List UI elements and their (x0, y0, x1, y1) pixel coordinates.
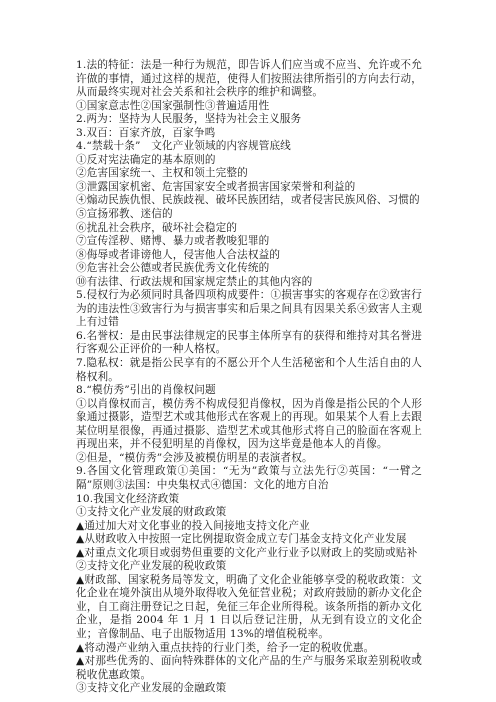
list-item: ⑤宣扬邪教、迷信的 (76, 208, 422, 222)
list-item: ⑥扰乱社会秩序，破坏社会稳定的 (76, 222, 422, 236)
list-item: ⑧侮辱或者诽谤他人，侵害他人合法权益的 (76, 249, 422, 263)
list-item: ⑨危害社会公德或者民族优秀文化传统的 (76, 262, 422, 276)
bullet-item: ▲通过加大对文化事业的投入间接地支持文化产业 (76, 520, 422, 534)
bullet-item: ▲将动漫产业纳入重点扶持的行业门类，给予一定的税收优惠。 (76, 642, 422, 656)
list-item: ⑩有法律、行政法规和国家规定禁止的其他内容的 (76, 276, 422, 290)
list-item: ④煽动民族仇恨、民族歧视、破坏民族团结，或者侵害民族风俗、习惯的 (76, 194, 422, 208)
paragraph-law-features: 1.法的特征：法是一种行为规范，即告诉人们应当或不应当、允许或不允许做的事情，通… (76, 59, 422, 100)
paragraph-tort-elements: 5.侵权行为必须同时具备四项构成要件：①损害事实的客观存在②致害行为的违法性③致… (76, 289, 422, 330)
paragraph-cultural-policies: 9.各国文化管理政策①美国：“无为”政策与立法先行②英国：“一臂之隔”原则③法国… (76, 465, 422, 492)
paragraph-financial-policy-heading: ③支持文化产业发展的金融政策 (76, 682, 422, 696)
list-item: ②危害国家统一、主权和领土完整的 (76, 167, 422, 181)
paragraph-double-hundred: 3.双百：百家齐放，百家争鸣 (76, 127, 422, 141)
list-item: ①反对宪法确定的基本原则的 (76, 154, 422, 168)
paragraph-imitation-show-heading: 8.“模仿秀”引出的肖像权问题 (76, 384, 422, 398)
paragraph-tax-policy-heading: ②支持文化产业发展的税收政策 (76, 560, 422, 574)
paragraph-ten-prohibitions-heading: 4.“禁载十条” 文化产业领域的内容规管底线 (76, 140, 422, 154)
page-number: 1 (416, 651, 420, 660)
bullet-item: ▲财政部、国家税务局等发文，明确了文化企业能够享受的税收政策：文化企业在境外演出… (76, 574, 422, 642)
paragraph-law-features-list: ①国家意志性②国家强制性③普遍适用性 (76, 100, 422, 114)
paragraph-economic-policy-heading: 10.我国文化经济政策 (76, 493, 422, 507)
bullet-item: ▲对重点文化项目或弱势但重要的文化产业行业予以财政上的奖励或贴补 (76, 547, 422, 561)
paragraph-imitation-show-performer: ②但是，“模仿秀”会涉及被模仿明星的表演者权。 (76, 452, 422, 466)
bullet-item: ▲从财政收入中按照一定比例提取资金成立专门基金支持文化产业发展 (76, 533, 422, 547)
list-item: ⑦宣传淫秽、赌博、暴力或者教唆犯罪的 (76, 235, 422, 249)
document-body: 1.法的特征：法是一种行为规范，即告诉人们应当或不应当、允许或不允许做的事情，通… (76, 59, 422, 696)
bullet-item: ▲对那些优秀的、面向特殊群体的文化产品的生产与服务采取差别税收或税收优惠政策。 (76, 655, 422, 682)
paragraph-reputation-right: 6.名誉权：是由民事法律规定的民事主体所享有的获得和维持对其名誉进行客观公正评价… (76, 330, 422, 357)
paragraph-two-serves: 2.两为：坚持为人民服务，坚持为社会主义服务 (76, 113, 422, 127)
paragraph-privacy-right: 7.隐私权：就是指公民享有的不愿公开个人生活秘密和个人生活自由的人格权利。 (76, 357, 422, 384)
paragraph-fiscal-policy-heading: ①支持文化产业发展的财政政策 (76, 506, 422, 520)
paragraph-imitation-show-portrait: ①以肖像权而言，模仿秀不构成侵犯肖像权，因为肖像是指公民的个人形象通过摄影，造型… (76, 398, 422, 452)
list-item: ③泄露国家机密、危害国家安全或者损害国家荣誉和利益的 (76, 181, 422, 195)
